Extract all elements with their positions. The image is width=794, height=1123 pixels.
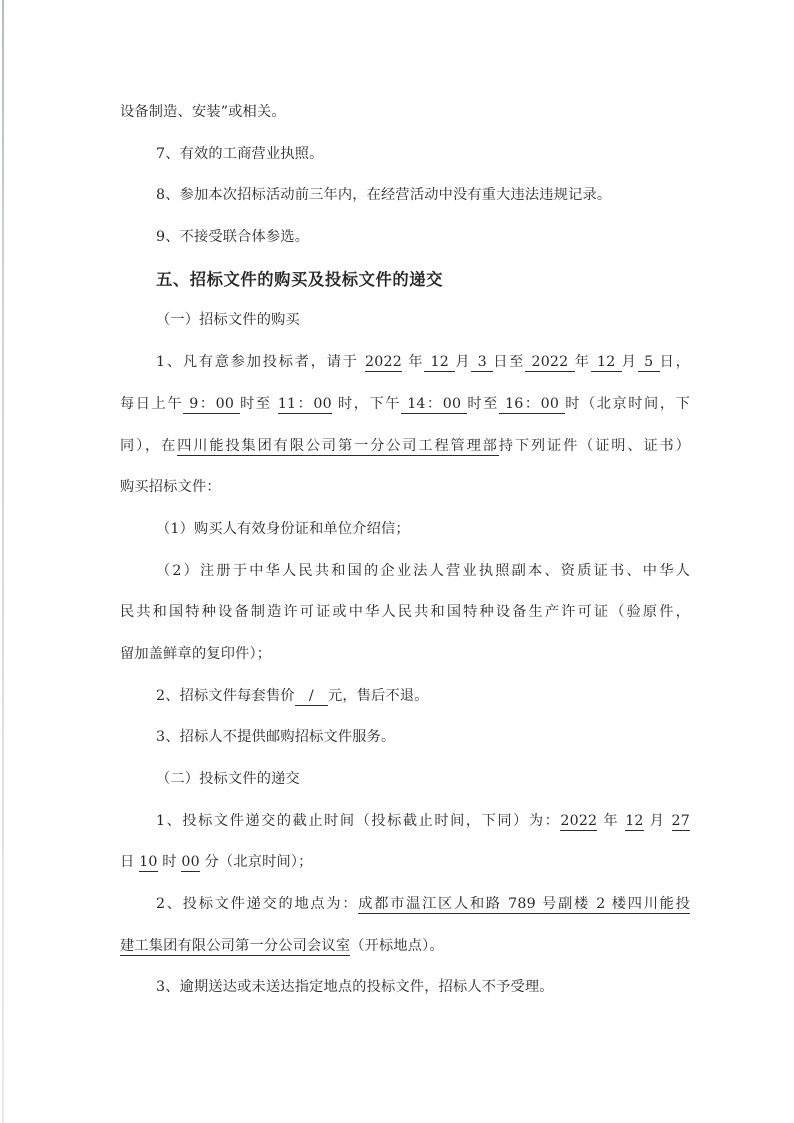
text-segment: 五、招标文件的购买及投标文件的递交: [156, 270, 443, 289]
document-page: 设备制造、安装”或相关。7、有效的工商营业执照。8、参加本次招标活动前三年内，在…: [0, 0, 794, 1123]
text-line: 留加盖鲜章的复印件）；: [120, 634, 690, 676]
text-segment: （2）注册于中华人民共和国的企业法人营业执照副本、资质证书、中华人: [156, 563, 690, 579]
underlined-field: 成都市温江区人和路 789 号副楼 2 楼四川能投: [358, 896, 690, 914]
text-line: 1、凡有意参加投标者，请于 2022 年 12 月 3 日至 2022 年 12…: [120, 342, 690, 384]
text-segment: 元，售后不退。: [328, 688, 429, 704]
text-segment: 2、招标文件每套售价: [156, 688, 295, 704]
text-line: 3、逾期送达或未送达指定地点的投标文件，招标人不予受理。: [120, 967, 690, 1009]
text-segment: 2、投标文件递交的地点为：: [156, 896, 358, 912]
underlined-field: 2022: [560, 813, 597, 831]
text-segment: 购买招标文件：: [120, 479, 221, 495]
text-segment: （一）招标文件的购买: [156, 312, 300, 328]
underlined-field: 建工集团有限公司第一分公司会议室: [120, 938, 350, 956]
text-line: 建工集团有限公司第一分公司会议室（开标地点）。: [120, 926, 690, 968]
underlined-field: /: [295, 688, 328, 706]
underlined-field: 00: [181, 854, 199, 872]
text-line: 同），在四川能投集团有限公司第一分公司工程管理部持下列证件（证明、证书）: [120, 426, 690, 468]
document-body: 设备制造、安装”或相关。7、有效的工商营业执照。8、参加本次招标活动前三年内，在…: [120, 92, 690, 1009]
text-segment: 3、逾期送达或未送达指定地点的投标文件，招标人不予受理。: [156, 979, 554, 995]
text-segment: 日至: [493, 354, 525, 370]
text-segment: 同），在: [120, 438, 177, 454]
text-segment: 年: [402, 354, 424, 370]
text-line: 每日上午 9：00 时至 11：00 时，下午 14：00 时至 16：00 时…: [120, 384, 690, 426]
text-segment: 1、凡有意参加投标者，请于: [156, 354, 365, 370]
text-line: （一）招标文件的购买: [120, 300, 690, 342]
text-segment: 日: [120, 854, 139, 870]
text-segment: 9、不接受联合体参选。: [156, 229, 309, 245]
text-segment: 年: [597, 813, 625, 829]
underlined-field: 27: [672, 813, 690, 831]
text-segment: 3、招标人不提供邮购招标文件服务。: [156, 729, 395, 745]
text-segment: 日，: [660, 354, 690, 370]
text-line: 民共和国特种设备制造许可证或中华人民共和国特种设备生产许可证（验原件，: [120, 592, 690, 634]
underlined-field: 10: [139, 854, 157, 872]
text-line: 2、招标文件每套售价 / 元，售后不退。: [120, 676, 690, 718]
text-segment: 时至: [467, 396, 499, 412]
text-segment: 年: [575, 354, 591, 370]
underlined-field: 四川能投集团有限公司第一分公司工程管理部: [177, 438, 499, 456]
underlined-field: 14：00: [401, 396, 467, 414]
text-line: 设备制造、安装”或相关。: [120, 92, 690, 134]
underlined-field: 12: [625, 813, 643, 831]
text-segment: 时，下午: [332, 396, 401, 412]
text-segment: 民共和国特种设备制造许可证或中华人民共和国特种设备生产许可证（验原件，: [120, 604, 690, 620]
text-segment: 8、参加本次招标活动前三年内，在经营活动中没有重大违法违规记录。: [156, 187, 611, 203]
underlined-field: 5: [638, 354, 660, 372]
text-segment: 每日上午: [120, 396, 183, 412]
underlined-field: 11：00: [278, 396, 332, 414]
text-segment: 时（北京时间，下: [565, 396, 690, 412]
text-segment: （1）购买人有效身份证和单位介绍信；: [156, 521, 410, 537]
text-segment: （二）投标文件的递交: [156, 771, 300, 787]
text-segment: （开标地点）。: [350, 938, 444, 954]
text-line: 7、有效的工商营业执照。: [120, 134, 690, 176]
text-segment: 时至: [240, 396, 278, 412]
section-heading: 五、招标文件的购买及投标文件的递交: [120, 259, 690, 301]
underlined-field: 3: [471, 354, 493, 372]
text-line: 2、投标文件递交的地点为：成都市温江区人和路 789 号副楼 2 楼四川能投: [120, 884, 690, 926]
underlined-field: 9：00: [183, 396, 240, 414]
text-segment: 1、投标文件递交的截止时间（投标截止时间，下同）为：: [156, 813, 560, 829]
scan-edge-artifact: [2, 0, 4, 1123]
text-line: （2）注册于中华人民共和国的企业法人营业执照副本、资质证书、中华人: [120, 551, 690, 593]
text-line: （二）投标文件的递交: [120, 759, 690, 801]
text-segment: 时: [158, 854, 182, 870]
text-segment: 月: [622, 354, 638, 370]
text-segment: 分（北京时间）；: [200, 854, 313, 870]
text-line: （1）购买人有效身份证和单位介绍信；: [120, 509, 690, 551]
text-segment: 7、有效的工商营业执照。: [156, 146, 324, 162]
text-segment: 设备制造、安装”或相关。: [120, 104, 286, 120]
underlined-field: 16：00: [499, 396, 565, 414]
underlined-field: 2022: [365, 354, 402, 372]
text-line: 购买招标文件：: [120, 467, 690, 509]
text-line: 3、招标人不提供邮购招标文件服务。: [120, 717, 690, 759]
text-line: 8、参加本次招标活动前三年内，在经营活动中没有重大违法违规记录。: [120, 175, 690, 217]
text-segment: 月: [455, 354, 471, 370]
text-line: 9、不接受联合体参选。: [120, 217, 690, 259]
underlined-field: 12: [591, 354, 622, 372]
text-line: 日 10 时 00 分（北京时间）；: [120, 842, 690, 884]
text-line: 1、投标文件递交的截止时间（投标截止时间，下同）为：2022 年 12 月 27: [120, 801, 690, 843]
text-segment: 留加盖鲜章的复印件）；: [120, 646, 271, 662]
text-segment: 持下列证件（证明、证书）: [499, 438, 690, 454]
underlined-field: 2022: [525, 354, 575, 372]
text-segment: 月: [644, 813, 672, 829]
underlined-field: 12: [424, 354, 455, 372]
